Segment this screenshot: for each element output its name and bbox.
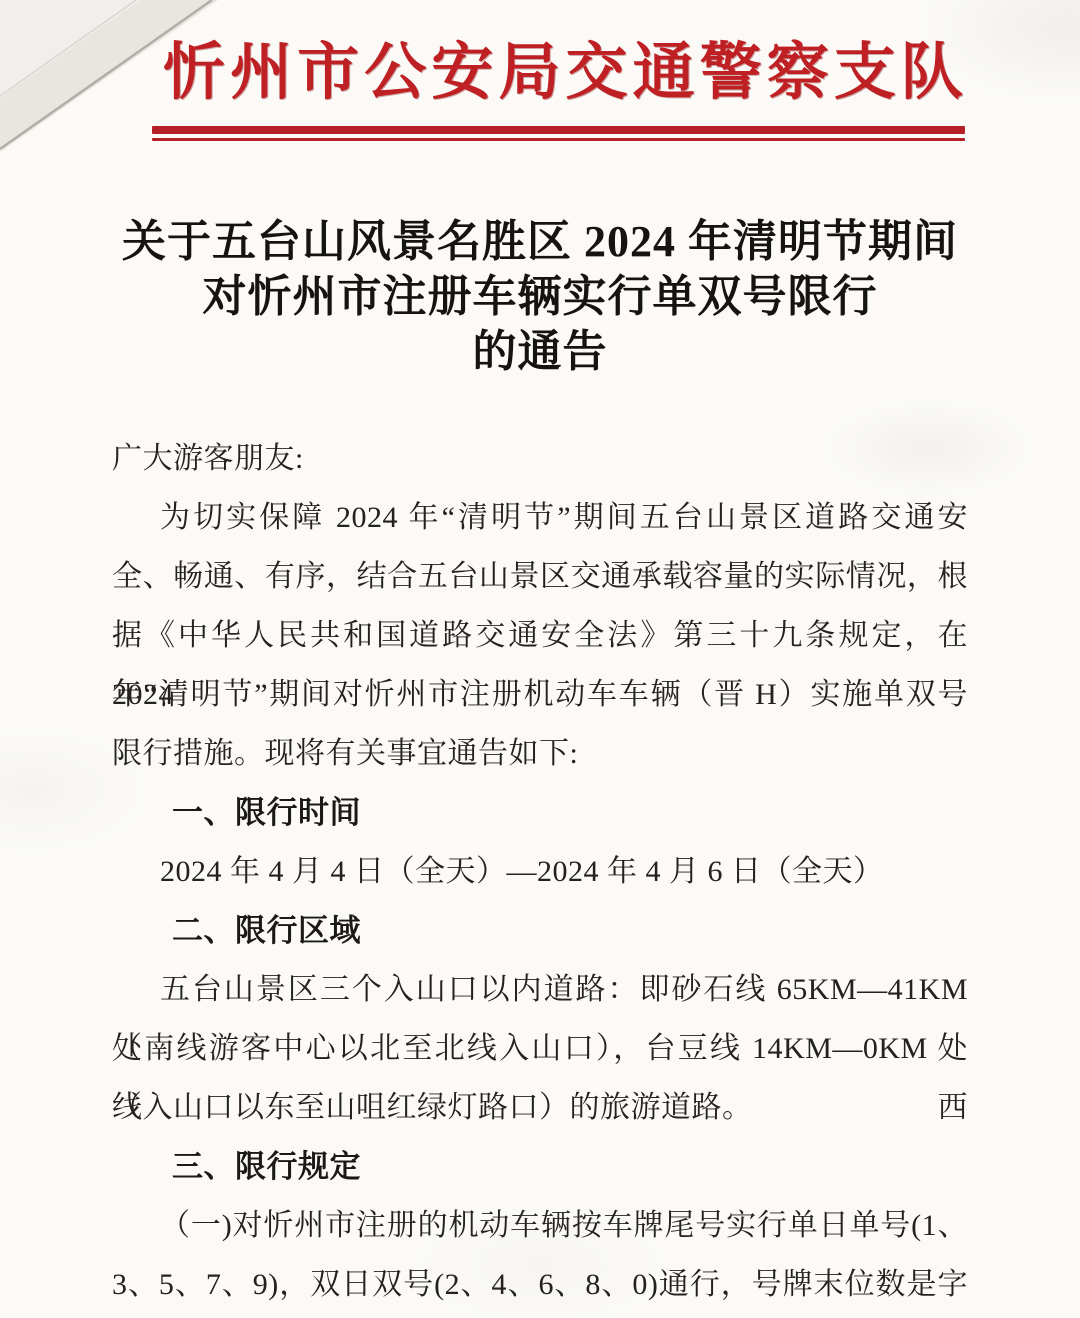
paragraph-line: （一)对忻州市注册的机动车辆按车牌尾号实行单日单号(1、: [112, 1196, 968, 1255]
fold-inner-triangle: [0, 0, 140, 98]
title-line-2: 对忻州市注册车辆实行单双号限行: [0, 269, 1080, 324]
paragraph-line: 3、5、7、9)，双日双号(2、4、6、8、0)通行，号牌末位数是字: [112, 1255, 968, 1314]
salutation: 广大游客朋友:: [112, 429, 968, 488]
paragraph-line: 全、畅通、有序，结合五台山景区交通承载容量的实际情况，根: [112, 547, 968, 606]
section-heading: 一、限行时间: [112, 783, 968, 842]
document-title: 关于五台山风景名胜区 2024 年清明节期间 对忻州市注册车辆实行单双号限行 的…: [0, 214, 1080, 379]
agency-header-banner: 忻州市公安局交通警察支队: [163, 34, 963, 116]
header-rule-thin: [152, 138, 965, 141]
section-heading: 三、限行规定: [112, 1137, 968, 1196]
paragraph-line: 限行措施。现将有关事宜通告如下:: [112, 724, 968, 783]
title-line-1: 关于五台山风景名胜区 2024 年清明节期间: [0, 214, 1080, 269]
title-line-3: 的通告: [0, 324, 1080, 379]
document-body: 广大游客朋友:为切实保障 2024 年“清明节”期间五台山景区道路交通安全、畅通…: [112, 429, 968, 1314]
paragraph-line: 为切实保障 2024 年“清明节”期间五台山景区道路交通安: [112, 488, 968, 547]
paragraph-line: （南线游客中心以北至北线入山口），台豆线 14KM—0KM 处（西: [112, 1019, 968, 1078]
fold-crease-line-faint: [0, 0, 136, 96]
section-heading: 二、限行区域: [112, 901, 968, 960]
document-page: 忻州市公安局交通警察支队 关于五台山风景名胜区 2024 年清明节期间 对忻州市…: [0, 0, 1080, 1318]
paragraph-line: 五台山景区三个入山口以内道路：即砂石线 65KM—41KM 处: [112, 960, 968, 1019]
paragraph-line: 年“清明节”期间对忻州市注册机动车车辆（晋 H）实施单双号: [112, 665, 968, 724]
date-line: 2024 年 4 月 4 日（全天）—2024 年 4 月 6 日（全天）: [112, 842, 968, 901]
header-rule-thick: [152, 126, 965, 134]
paragraph-line: 据《中华人民共和国道路交通安全法》第三十九条规定，在 2024: [112, 606, 968, 665]
